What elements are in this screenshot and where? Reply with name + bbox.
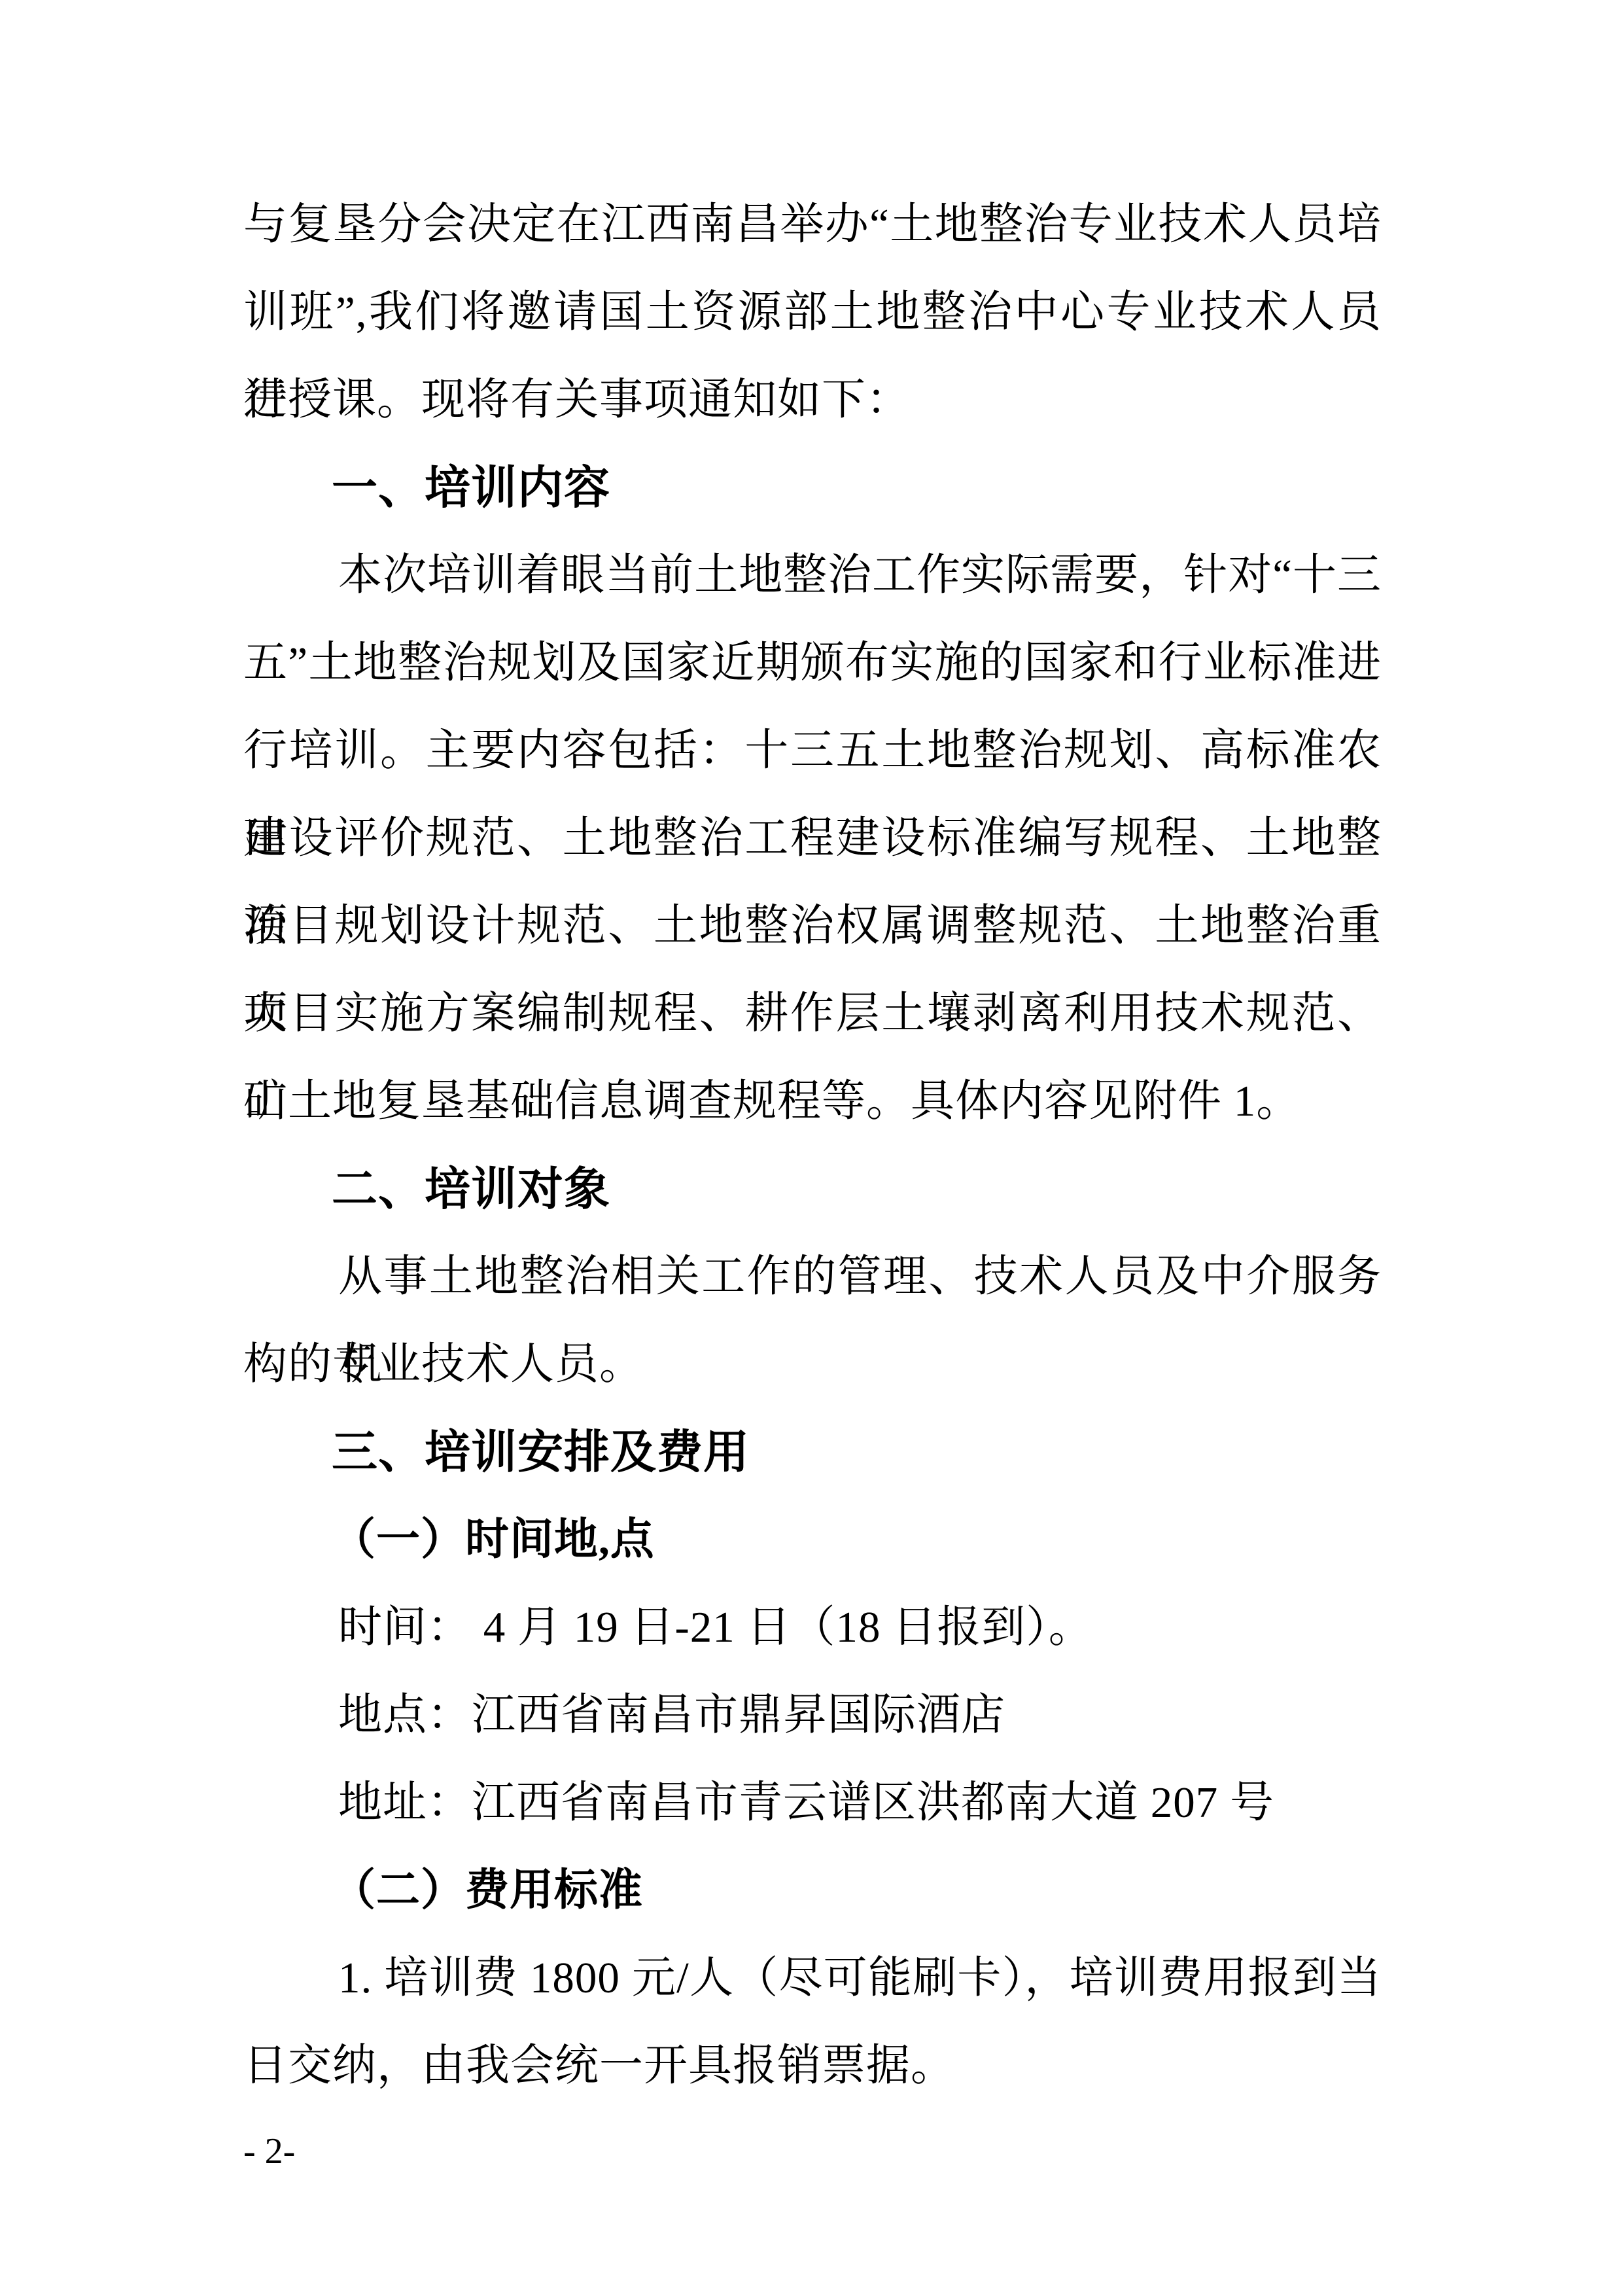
text-line: 项目实施方案编制规程、耕作层土壤剥离利用技术规范、矿 [243, 970, 1382, 1057]
text-line: 日交纳，由我会统一开具报销票据。 [243, 2022, 1382, 2110]
page-number: - 2- [243, 2130, 295, 2172]
text-line: 与复垦分会决定在江西南昌举办“土地整治专业技术人员培 [243, 181, 1382, 268]
text-line: 山土地复垦基础信息调查规程等。具体内容见附件 1。 [243, 1057, 1382, 1145]
text-line: 建设评价规范、土地整治工程建设标准编写规程、土地整治 [243, 794, 1382, 882]
text-line: 项目规划设计规范、土地整治权属调整规范、土地整治重大 [243, 882, 1382, 970]
text-line: 地址：江西省南昌市青云谱区洪都南大道 207 号 [243, 1759, 1382, 1846]
text-line: 行培训。主要内容包括：十三五土地整治规划、高标准农田 [243, 707, 1382, 794]
text-line: 五”土地整治规划及国家近期颁布实施的国家和行业标准进 [243, 619, 1382, 707]
text-line: 训班”,我们将邀请国土资源部土地整治中心专业技术人员进 [243, 268, 1382, 356]
text-line: 从事土地整治相关工作的管理、技术人员及中介服务机 [243, 1233, 1382, 1320]
text-line: 本次培训着眼当前土地整治工作实际需要，针对“十三 [243, 531, 1382, 619]
text-line: 地点：江西省南昌市鼎昇国际酒店 [243, 1671, 1382, 1759]
sub-heading: （二）费用标准 [243, 1846, 1382, 1934]
text-line: 1. 培训费 1800 元/人（尽可能刷卡），培训费用报到当 [243, 1934, 1382, 2022]
section-heading: 二、培训对象 [243, 1145, 1382, 1233]
sub-heading: （一）时间地,点 [243, 1496, 1382, 1583]
section-heading: 一、培训内容 [243, 444, 1382, 531]
document-page: 与复垦分会决定在江西南昌举办“土地整治专业技术人员培训班”,我们将邀请国土资源部… [0, 0, 1623, 2296]
text-line: 构的专业技术人员。 [243, 1320, 1382, 1408]
text-line: 时间： 4 月 19 日-21 日（18 日报到）。 [243, 1583, 1382, 1671]
document-content: 与复垦分会决定在江西南昌举办“土地整治专业技术人员培训班”,我们将邀请国土资源部… [243, 181, 1382, 2110]
section-heading: 三、培训安排及费用 [243, 1408, 1382, 1496]
text-line: 行授课。现将有关事项通知如下： [243, 356, 1382, 444]
